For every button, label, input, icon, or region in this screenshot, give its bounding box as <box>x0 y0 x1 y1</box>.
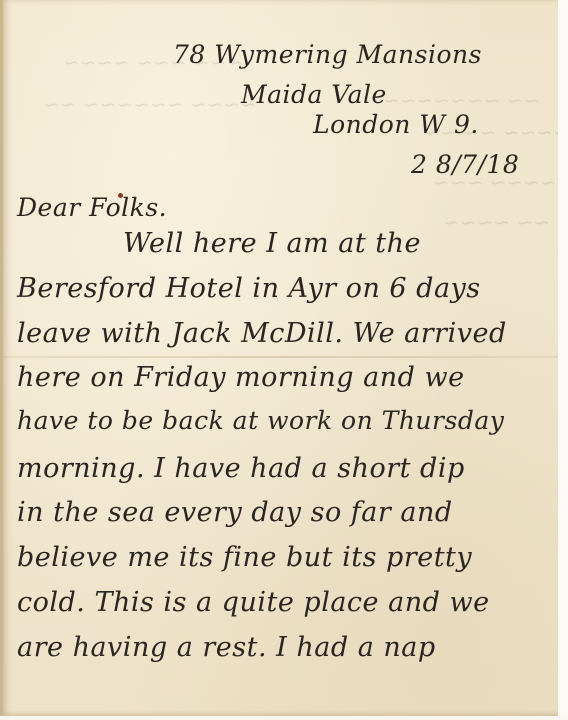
paper-fold-crease <box>3 356 561 358</box>
body-line: are having a rest. I had a nap <box>17 632 436 663</box>
letter-date: 2 8/7/18 <box>411 150 519 179</box>
scan-margin-bottom <box>0 716 568 720</box>
salutation: Dear Folks. <box>17 193 167 222</box>
body-line: have to be back at work on Thursday <box>17 406 504 435</box>
body-line: in the sea every day so far and <box>17 497 453 528</box>
body-line: believe me its fine but its pretty <box>17 542 472 573</box>
body-line: leave with Jack McDill. We arrived <box>17 318 507 349</box>
body-line: morning. I have had a short dip <box>17 453 465 484</box>
address-line-3: London W 9. <box>313 110 479 139</box>
body-line: cold. This is a quite place and we <box>17 587 490 618</box>
ink-bleed-through: ~~ ~~~~~~~ <box>383 88 540 112</box>
ink-bleed-through: ~~~~ ~~~~~~ ~~ <box>43 92 257 116</box>
ink-bleed-through: ~~ ~~~~ <box>443 210 550 234</box>
body-line: here on Friday morning and we <box>17 362 465 393</box>
address-line-1: 78 Wymering Mansions <box>173 40 482 69</box>
body-line: Beresford Hotel in Ayr on 6 days <box>17 273 481 304</box>
letter-page: ~~~ ~~~ ~~~~ ~~~~ ~~~~~~ ~~ ~~ ~~~~~~~ ~… <box>0 0 561 716</box>
scan-margin-right <box>558 0 568 720</box>
address-line-2: Maida Vale <box>241 80 387 109</box>
body-line: Well here I am at the <box>123 228 421 259</box>
